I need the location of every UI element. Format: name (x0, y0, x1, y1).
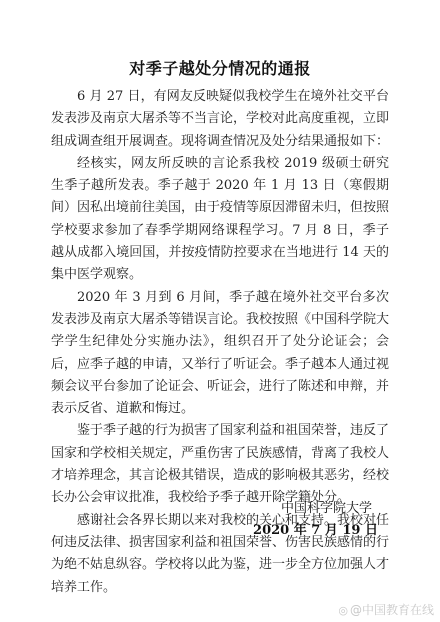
paragraph: 2020 年 3 月到 6 月间，季子越在境外社交平台多次发表涉及南京大屠杀等错… (51, 287, 389, 421)
document-title: 对季子越处分情况的通报 (0, 56, 440, 79)
watermark-text: @中国教育在线 (350, 603, 434, 617)
signature-date: 2020 年 7 月 19 日 (0, 519, 378, 538)
signature-organization: 中国科学院大学 (0, 497, 384, 516)
paragraph: 6 月 27 日，有网友反映疑似我校学生在境外社交平台发表涉及南京大屠杀等不当言… (51, 86, 389, 153)
paragraph: 经核实，网友所反映的言论系我校 2019 级硕士研究生季子越所发表。季子越于 2… (51, 153, 389, 287)
watermark: ◎@中国教育在线 (338, 601, 434, 618)
weibo-icon: ◎ (338, 604, 348, 617)
